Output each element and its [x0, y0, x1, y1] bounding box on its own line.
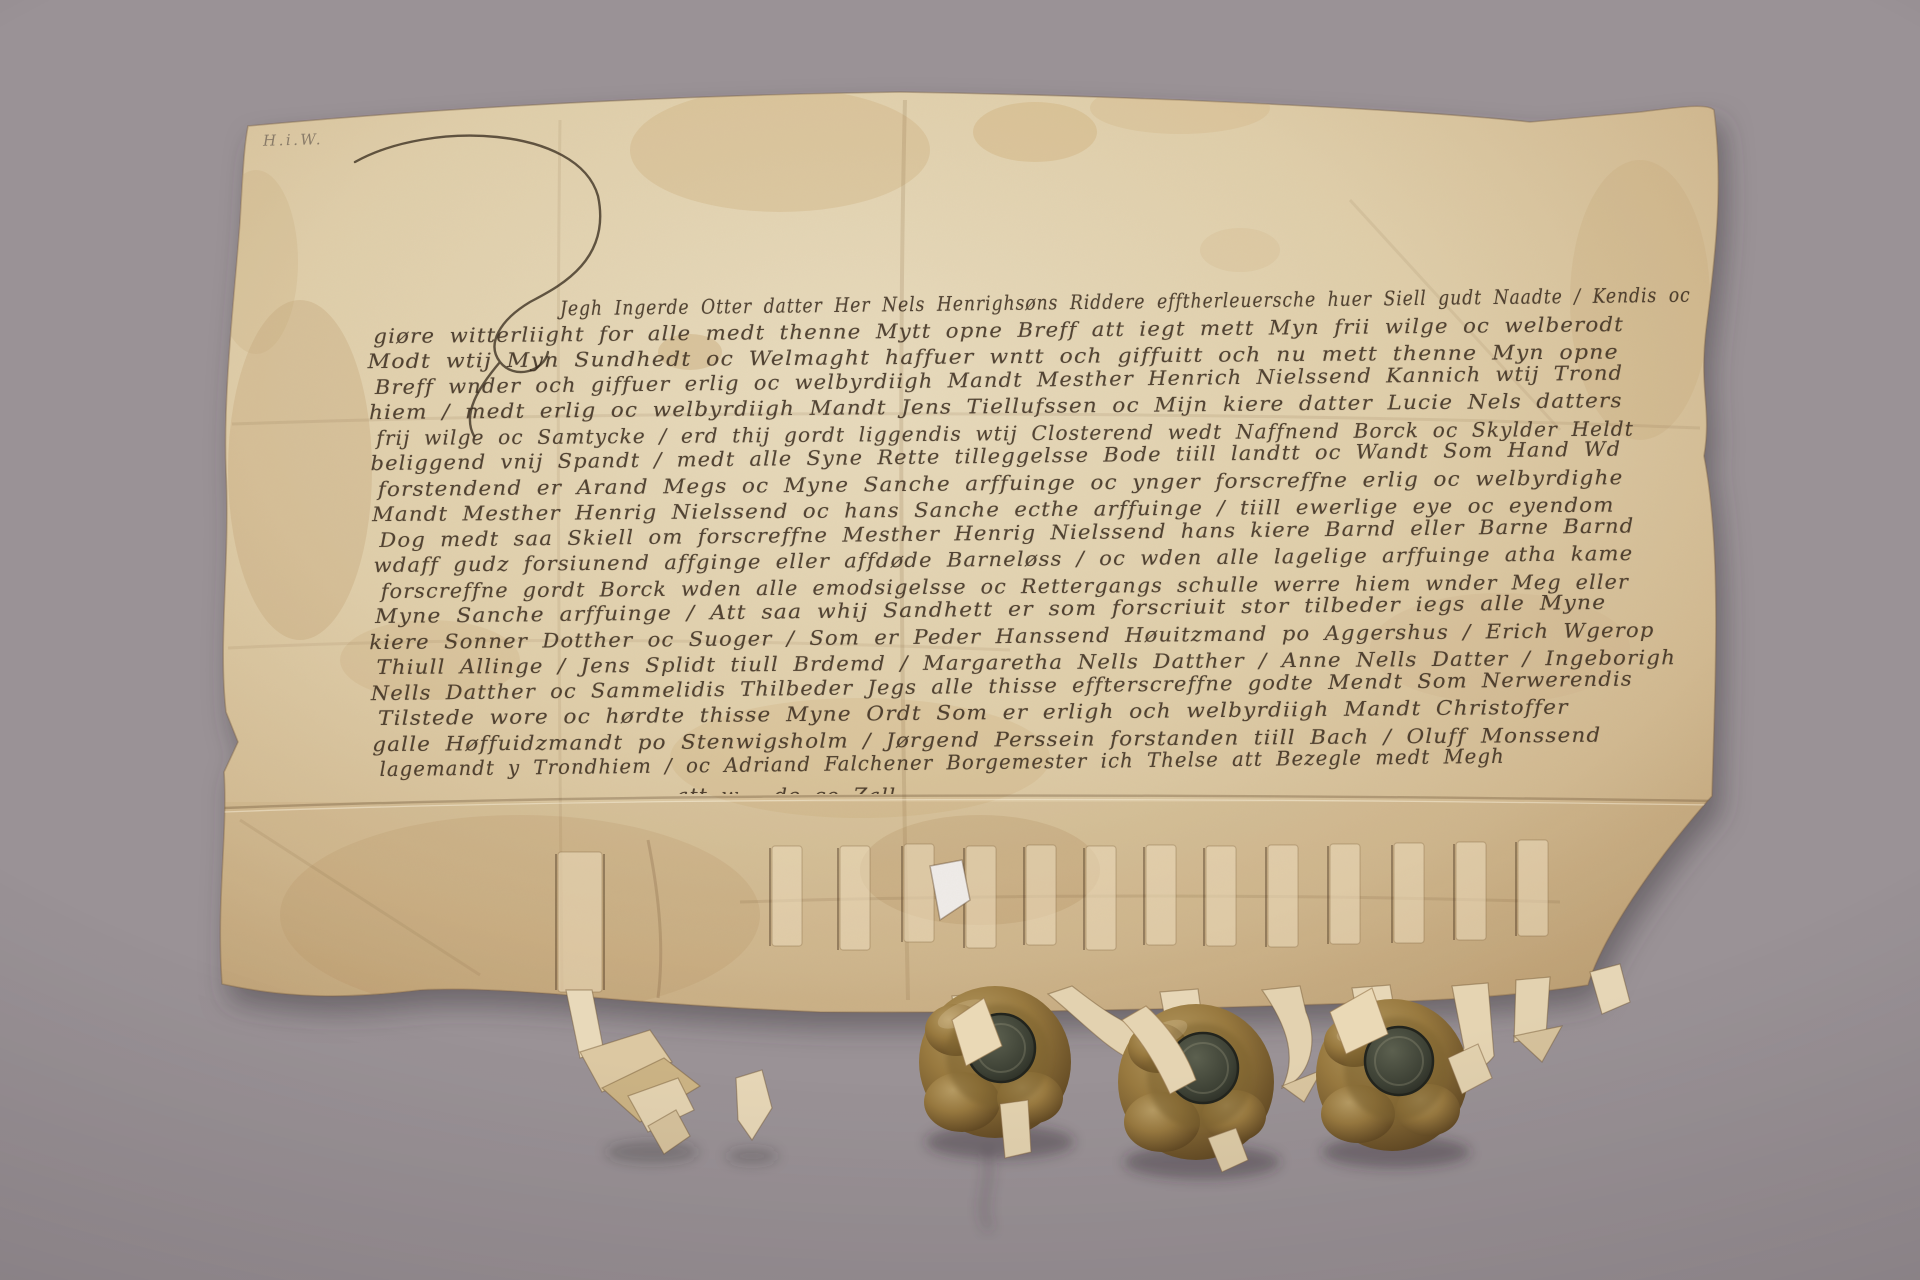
parchment-artwork — [0, 0, 1920, 1280]
strip-tail-seal-1 — [1000, 1100, 1031, 1158]
twisted-tag-left — [566, 990, 700, 1154]
archive-mark: H.i.W. — [263, 130, 323, 150]
wax-seal-2 — [1118, 1004, 1274, 1172]
wax-seals — [919, 986, 1492, 1172]
parchment-grain-texture — [180, 60, 1780, 1050]
manuscript-partial-line: — att w— de co Zall ——— — [642, 783, 1402, 794]
photograph-scene: H.i.W. Jegh Ingerde Otter datter Her Nel… — [0, 0, 1920, 1280]
manuscript-line: — att w— de co Zall ——— — [642, 783, 973, 794]
parchment-sheet — [180, 60, 1780, 1050]
parchment-surface-details — [180, 60, 1780, 1050]
loose-strip-piece — [736, 1070, 772, 1140]
cast-shadows — [606, 1125, 1470, 1230]
